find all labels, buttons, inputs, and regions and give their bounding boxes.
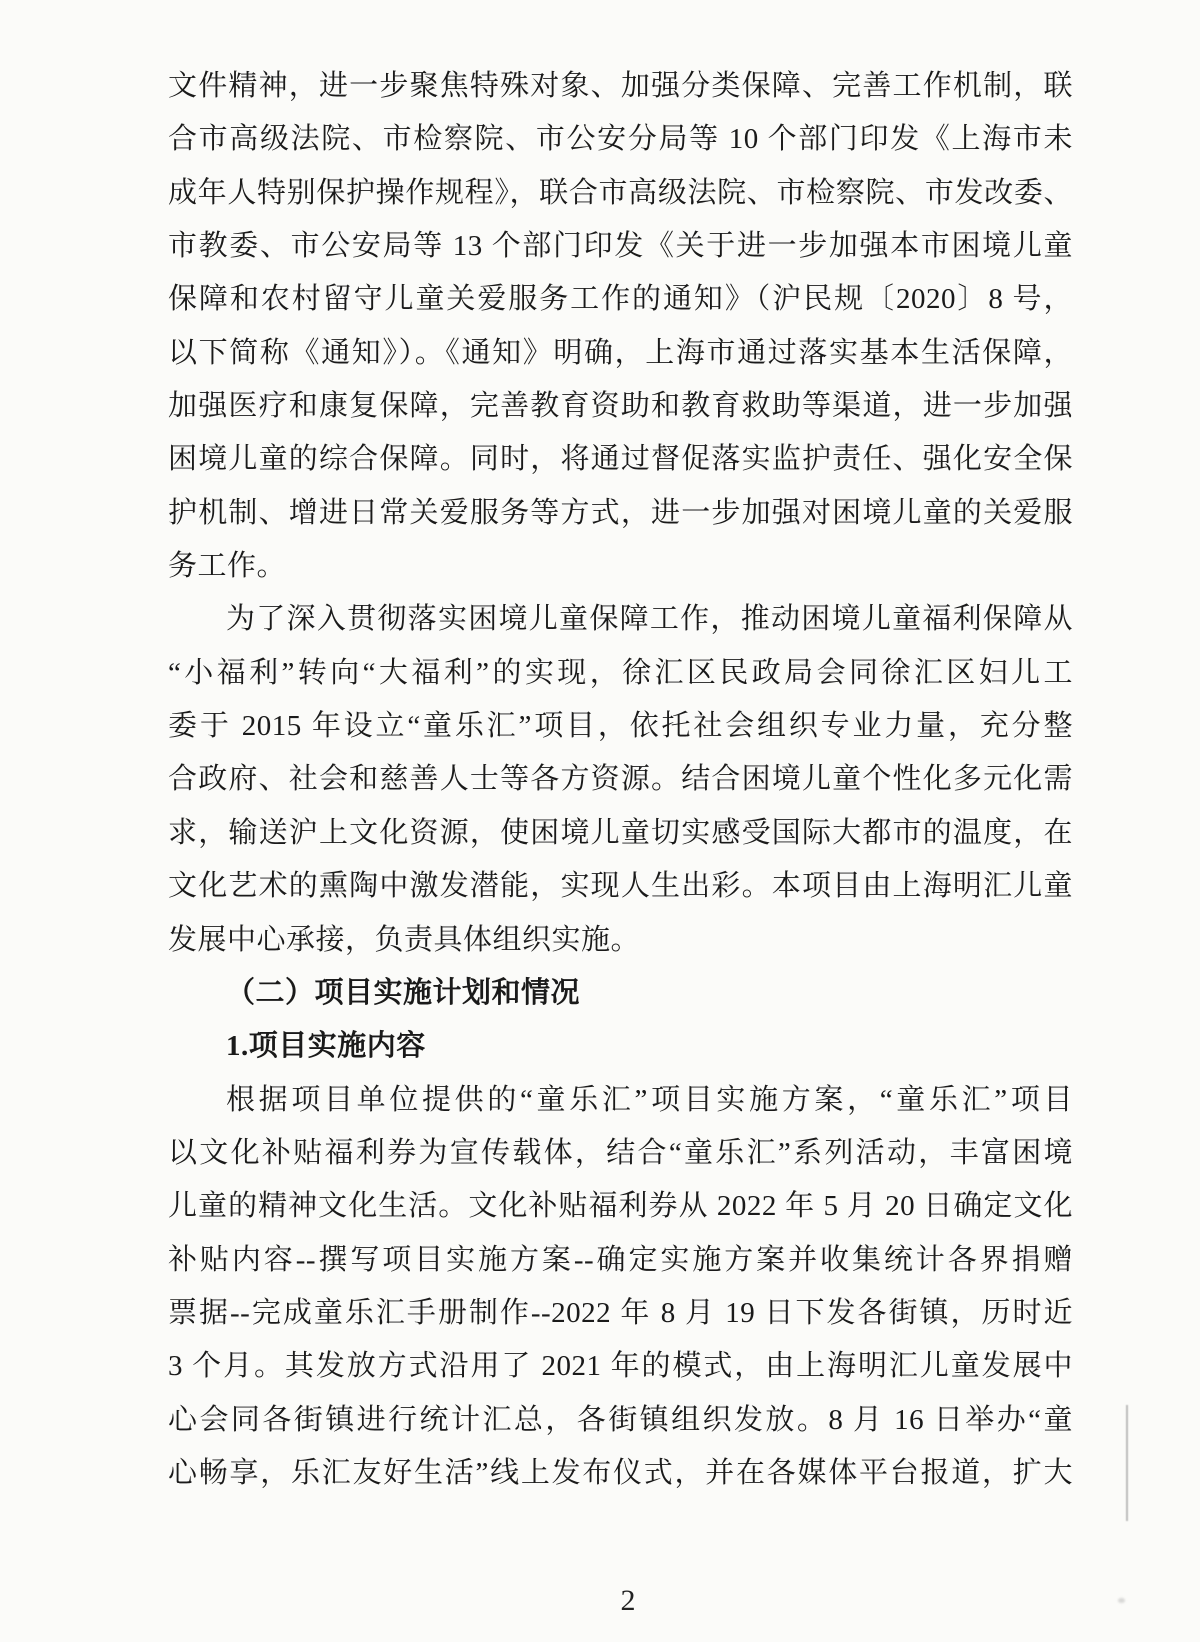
doc-line: 务工作。 xyxy=(168,540,1073,593)
doc-line: 心会同各街镇进行统计汇总，各街镇组织发放。8 月 16 日举办“童 xyxy=(168,1394,1073,1447)
doc-line: 补贴内容--撰写项目实施方案--确定实施方案并收集统计各界捐赠 xyxy=(168,1234,1073,1287)
doc-line: 市教委、市公安局等 13 个部门印发《关于进一步加强本市困境儿童 xyxy=(168,220,1073,273)
section-heading: （二）项目实施计划和情况 xyxy=(168,967,1073,1020)
document-page: 文件精神，进一步聚焦特殊对象、加强分类保障、完善工作机制，联 合市高级法院、市检… xyxy=(0,0,1200,1642)
doc-line: 合市高级法院、市检察院、市公安分局等 10 个部门印发《上海市未 xyxy=(168,113,1073,166)
doc-line: 合政府、社会和慈善人士等各方资源。结合困境儿童个性化多元化需 xyxy=(168,753,1073,806)
doc-line-paragraph-start: 根据项目单位提供的“童乐汇”项目实施方案，“童乐汇”项目 xyxy=(168,1074,1073,1127)
doc-line-paragraph-start: 为了深入贯彻落实困境儿童保障工作，推动困境儿童福利保障从 xyxy=(168,593,1073,646)
doc-line: 以下简称《通知》）。《通知》明确，上海市通过落实基本生活保障， xyxy=(168,327,1073,380)
doc-line: 儿童的精神文化生活。文化补贴福利券从 2022 年 5 月 20 日确定文化 xyxy=(168,1180,1073,1233)
doc-line: “小福利”转向“大福利”的实现，徐汇区民政局会同徐汇区妇儿工 xyxy=(168,647,1073,700)
doc-line: 保障和农村留守儿童关爱服务工作的通知》（沪民规〔2020〕8 号， xyxy=(168,273,1073,326)
subsection-heading: 1.项目实施内容 xyxy=(168,1020,1073,1073)
doc-line: 护机制、增进日常关爱服务等方式，进一步加强对困境儿童的关爱服 xyxy=(168,487,1073,540)
doc-line: 票据--完成童乐汇手册制作--2022 年 8 月 19 日下发各街镇，历时近 xyxy=(168,1287,1073,1340)
doc-line: 心畅享，乐汇友好生活”线上发布仪式，并在各媒体平台报道，扩大 xyxy=(168,1447,1073,1500)
document-body: 文件精神，进一步聚焦特殊对象、加强分类保障、完善工作机制，联 合市高级法院、市检… xyxy=(168,60,1073,1500)
scan-artifact-line xyxy=(1126,1405,1128,1521)
doc-line: 求，输送沪上文化资源，使困境儿童切实感受国际大都市的温度，在 xyxy=(168,807,1073,860)
doc-line: 成年人特别保护操作规程》，联合市高级法院、市检察院、市发改委、 xyxy=(168,167,1073,220)
doc-line: 委于 2015 年设立“童乐汇”项目，依托社会组织专业力量，充分整 xyxy=(168,700,1073,753)
doc-line: 以文化补贴福利券为宣传载体，结合“童乐汇”系列活动，丰富困境 xyxy=(168,1127,1073,1180)
doc-line: 文件精神，进一步聚焦特殊对象、加强分类保障、完善工作机制，联 xyxy=(168,60,1073,113)
doc-line: 发展中心承接，负责具体组织实施。 xyxy=(168,914,1073,967)
doc-line: 3 个月。其发放方式沿用了 2021 年的模式，由上海明汇儿童发展中 xyxy=(168,1340,1073,1393)
doc-line: 加强医疗和康复保障，完善教育资助和教育救助等渠道，进一步加强 xyxy=(168,380,1073,433)
scan-artifact-smudge xyxy=(1118,1598,1125,1603)
doc-line: 困境儿童的综合保障。同时，将通过督促落实监护责任、强化安全保 xyxy=(168,433,1073,486)
page-number: 2 xyxy=(604,1583,652,1619)
doc-line: 文化艺术的熏陶中激发潜能，实现人生出彩。本项目由上海明汇儿童 xyxy=(168,860,1073,913)
